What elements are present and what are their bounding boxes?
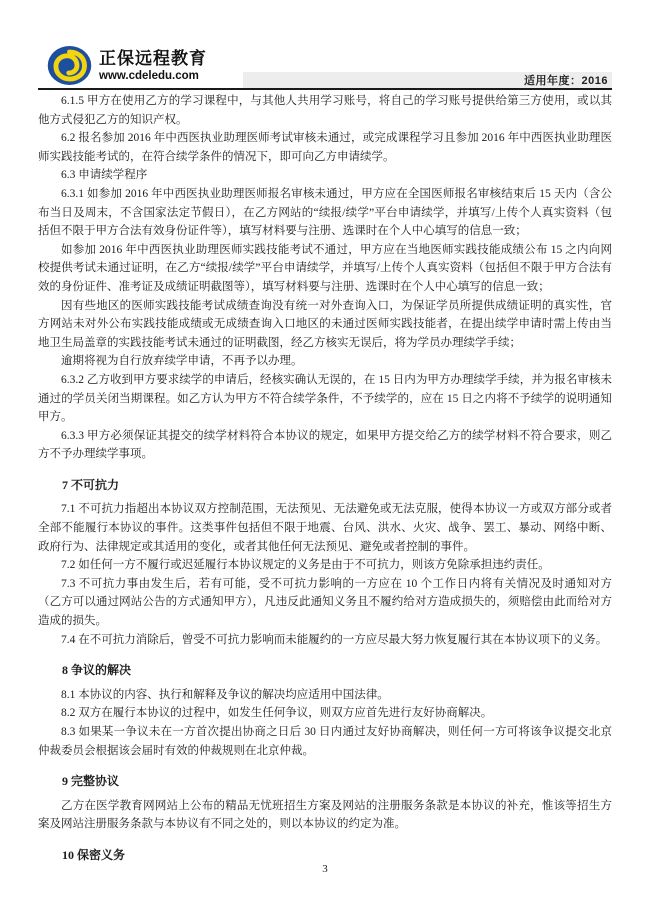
clause-7-3: 7.3 不可抗力事由发生后，若有可能，受不可抗力影响的一方应在 10 个工作日内… <box>38 575 612 631</box>
document-body: 6.1.5 甲方在使用乙方的学习课程中，与其他人共用学习账号，将自己的学习账号提… <box>38 92 612 871</box>
header-divider <box>38 88 612 90</box>
page-header: 适用年度：2016 正保远程教育 www.cdeledu.com <box>0 0 650 91</box>
clause-6-3-1c: 因有些地区的医师实践技能考试成绩查询没有统一对外查询入口，为保证学员所提供成绩证… <box>38 297 612 353</box>
brand-name: 正保远程教育 <box>99 49 207 69</box>
clause-6-1-5: 6.1.5 甲方在使用乙方的学习课程中，与其他人共用学习账号，将自己的学习账号提… <box>38 92 612 129</box>
clause-6-3-1b: 如参加 2016 年中西医执业助理医师实践技能考试不通过，甲方应在当地医师实践技… <box>38 241 612 297</box>
clause-6-3-1d: 逾期将视为自行放弃续学申请，不再予以办理。 <box>38 352 612 371</box>
clause-6-2: 6.2 报名参加 2016 年中西医执业助理医师考试审核未通过，或完成课程学习且… <box>38 129 612 166</box>
section-9-heading: 9 完整协议 <box>38 772 612 791</box>
clause-8-1: 8.1 本协议的内容、执行和解释及争议的解决均应适用中国法律。 <box>38 686 612 705</box>
clause-6-3-1: 6.3.1 如参加 2016 年中西医执业助理医师报名审核未通过，甲方应在全国医… <box>38 185 612 241</box>
section-7-heading: 7 不可抗力 <box>38 476 612 495</box>
document-page: 适用年度：2016 正保远程教育 www.cdeledu.com 6.1.5 甲… <box>0 0 650 919</box>
section-8-heading: 8 争议的解决 <box>38 661 612 680</box>
clause-9-body: 乙方在医学教育网网站上公布的精品无忧班招生方案及网站的注册服务条款是本协议的补充… <box>38 797 612 834</box>
clause-7-1: 7.1 不可抗力指超出本协议双方控制范围，无法预见、无法避免或无法克服，使得本协… <box>38 500 612 556</box>
clause-6-3-2: 6.3.2 乙方收到甲方要求续学的申请后，经核实确认无误的，在 15 日内为甲方… <box>38 371 612 427</box>
clause-7-4: 7.4 在不可抗力消除后，曾受不可抗力影响而未能履约的一方应尽最大努力恢复履行其… <box>38 631 612 650</box>
clause-7-2: 7.2 如任何一方不履行或迟延履行本协议规定的义务是由于不可抗力，则该方免除承担… <box>38 556 612 575</box>
brand-logo: 正保远程教育 www.cdeledu.com <box>47 45 207 86</box>
section-10-heading: 10 保密义务 <box>38 846 612 865</box>
applicable-year-band: 适用年度：2016 <box>243 72 612 88</box>
zhengbao-logo-icon <box>47 45 92 86</box>
clause-8-2: 8.2 双方在履行本协议的过程中，如发生任何争议，则双方应首先进行友好协商解决。 <box>38 704 612 723</box>
brand-text-block: 正保远程教育 www.cdeledu.com <box>99 49 207 83</box>
page-number: 3 <box>0 863 650 875</box>
brand-url: www.cdeledu.com <box>99 69 207 83</box>
applicable-year-label: 适用年度：2016 <box>524 72 612 88</box>
clause-6-3: 6.3 申请续学程序 <box>38 166 612 185</box>
clause-6-3-3: 6.3.3 甲方必须保证其提交的续学材料符合本协议的规定，如果甲方提交给乙方的续… <box>38 427 612 464</box>
clause-8-3: 8.3 如果某一争议未在一方首次提出协商之日后 30 日内通过友好协商解决，则任… <box>38 723 612 760</box>
